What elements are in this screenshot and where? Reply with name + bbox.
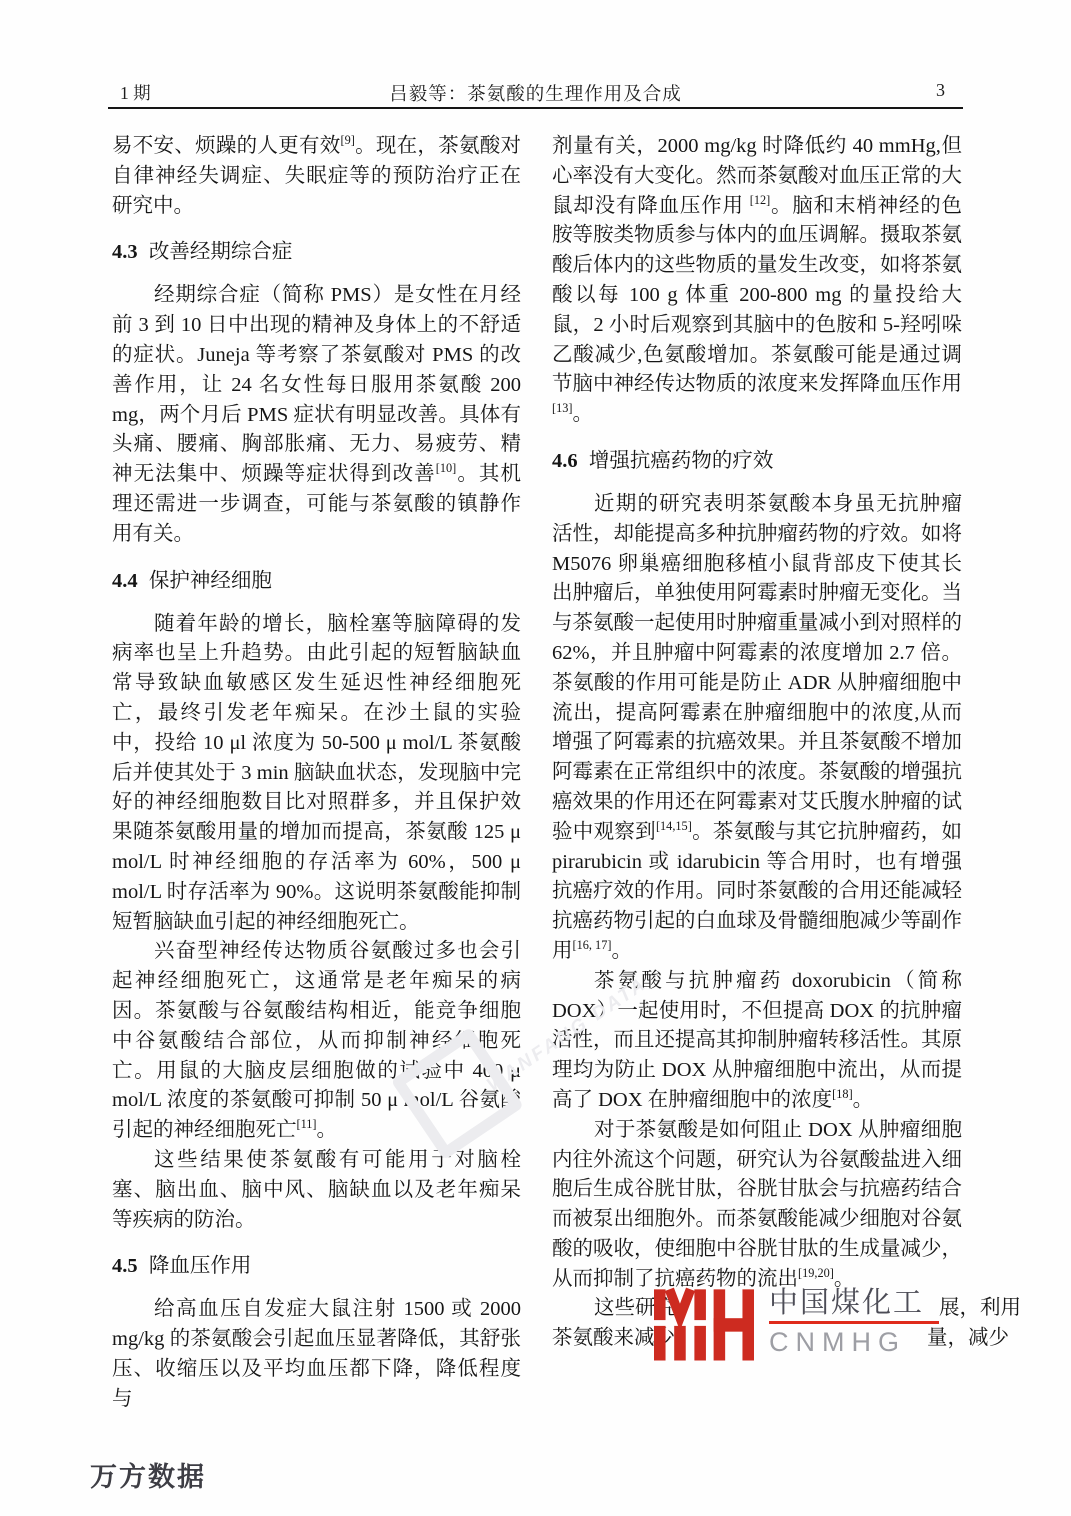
citation-ref: [18] (832, 1087, 853, 1101)
citation-ref: [9] (341, 133, 355, 147)
citation-ref: [16, 17] (573, 938, 612, 952)
paragraph: 给高血压自发症大鼠注射 1500 或 2000 mg/kg 的茶氨酸会引起血压显… (112, 1295, 521, 1414)
right-column: 剂量有关，2000 mg/kg 时降低约 40 mmHg,但心率没有大变化。然而… (552, 132, 962, 1354)
paragraph-obscured: 这些研究展，利用茶氨酸来减少量，减少 中国煤化工 CNMHG (552, 1294, 962, 1354)
paragraph: 剂量有关，2000 mg/kg 时降低约 40 mmHg,但心率没有大变化。然而… (552, 132, 962, 430)
paragraph: 兴奋型神经传达物质谷氨酸过多也会引起神经细胞死亡，这通常是老年痴呆的病因。茶氨酸… (112, 937, 521, 1146)
citation-ref: [19,20] (798, 1266, 834, 1280)
left-column: 易不安、烦躁的人更有效[9]。现在，茶氨酸对自律神经失调症、失眠症等的预防治疗正… (112, 132, 521, 1414)
section-number: 4.6 (552, 450, 578, 472)
page-number: 3 (936, 80, 945, 101)
header-rule (108, 107, 963, 109)
citation-ref: [14,15] (656, 819, 692, 833)
coal-chem-name: 中国煤化工 (769, 1288, 939, 1318)
paragraph: 对于茶氨酸是如何阻止 DOX 从肿瘤细胞内往外流这个问题，研究认为谷氨酸盐进入细… (552, 1116, 962, 1295)
section-heading: 4.3改善经期综合症 (112, 238, 521, 266)
citation-ref: [11] (297, 1117, 317, 1131)
paragraph: 茶氨酸与抗肿瘤药 doxorubicin（简称 DOX）一起使用时，不但提高 D… (552, 967, 962, 1116)
text-fragment: 展，利用 (939, 1297, 1021, 1319)
cnmhg-monogram-icon (654, 1285, 754, 1361)
paragraph: 这些结果使茶氨酸有可能用于对脑栓塞、脑出血、脑中风、脑缺血以及老年痴呆等疾病的防… (112, 1146, 521, 1235)
coal-chem-underline (769, 1321, 939, 1324)
running-title: 吕毅等：茶氨酸的生理作用及合成 (108, 80, 963, 106)
citation-ref: [13] (552, 401, 573, 415)
paragraph: 易不安、烦躁的人更有效[9]。现在，茶氨酸对自律神经失调症、失眠症等的预防治疗正… (112, 132, 521, 221)
paragraph: 随着年龄的增长，脑栓塞等脑障碍的发病率也呈上升趋势。由此引起的短暂脑缺血常导致缺… (112, 610, 521, 938)
paragraph: 近期的研究表明茶氨酸本身虽无抗肿瘤活性，却能提高多种抗肿瘤药物的疗效。如将 M5… (552, 490, 962, 967)
document-page: 1 期 吕毅等：茶氨酸的生理作用及合成 3 易不安、烦躁的人更有效[9]。现在，… (0, 0, 1071, 1516)
coal-chem-watermark: 中国煤化工 CNMHG (654, 1285, 939, 1361)
section-heading: 4.6增强抗癌药物的疗效 (552, 447, 962, 475)
coal-chem-latin: CNMHG (769, 1328, 939, 1356)
section-heading: 4.4保护神经细胞 (112, 567, 521, 595)
section-number: 4.5 (112, 1255, 138, 1277)
citation-ref: [12] (750, 193, 771, 207)
page-header: 1 期 吕毅等：茶氨酸的生理作用及合成 3 (108, 80, 963, 106)
section-heading: 4.5降血压作用 (112, 1252, 521, 1280)
text-fragment: 量，减少 (927, 1327, 1009, 1349)
section-number: 4.3 (112, 241, 138, 263)
paragraph: 经期综合症（简称 PMS）是女性在月经前 3 到 10 日中出现的精神及身体上的… (112, 281, 521, 549)
section-number: 4.4 (112, 570, 138, 592)
coal-chem-text-block: 中国煤化工 CNMHG (769, 1285, 939, 1356)
citation-ref: [10] (436, 461, 457, 475)
wanfang-stamp: 万方数据 (90, 1455, 206, 1494)
